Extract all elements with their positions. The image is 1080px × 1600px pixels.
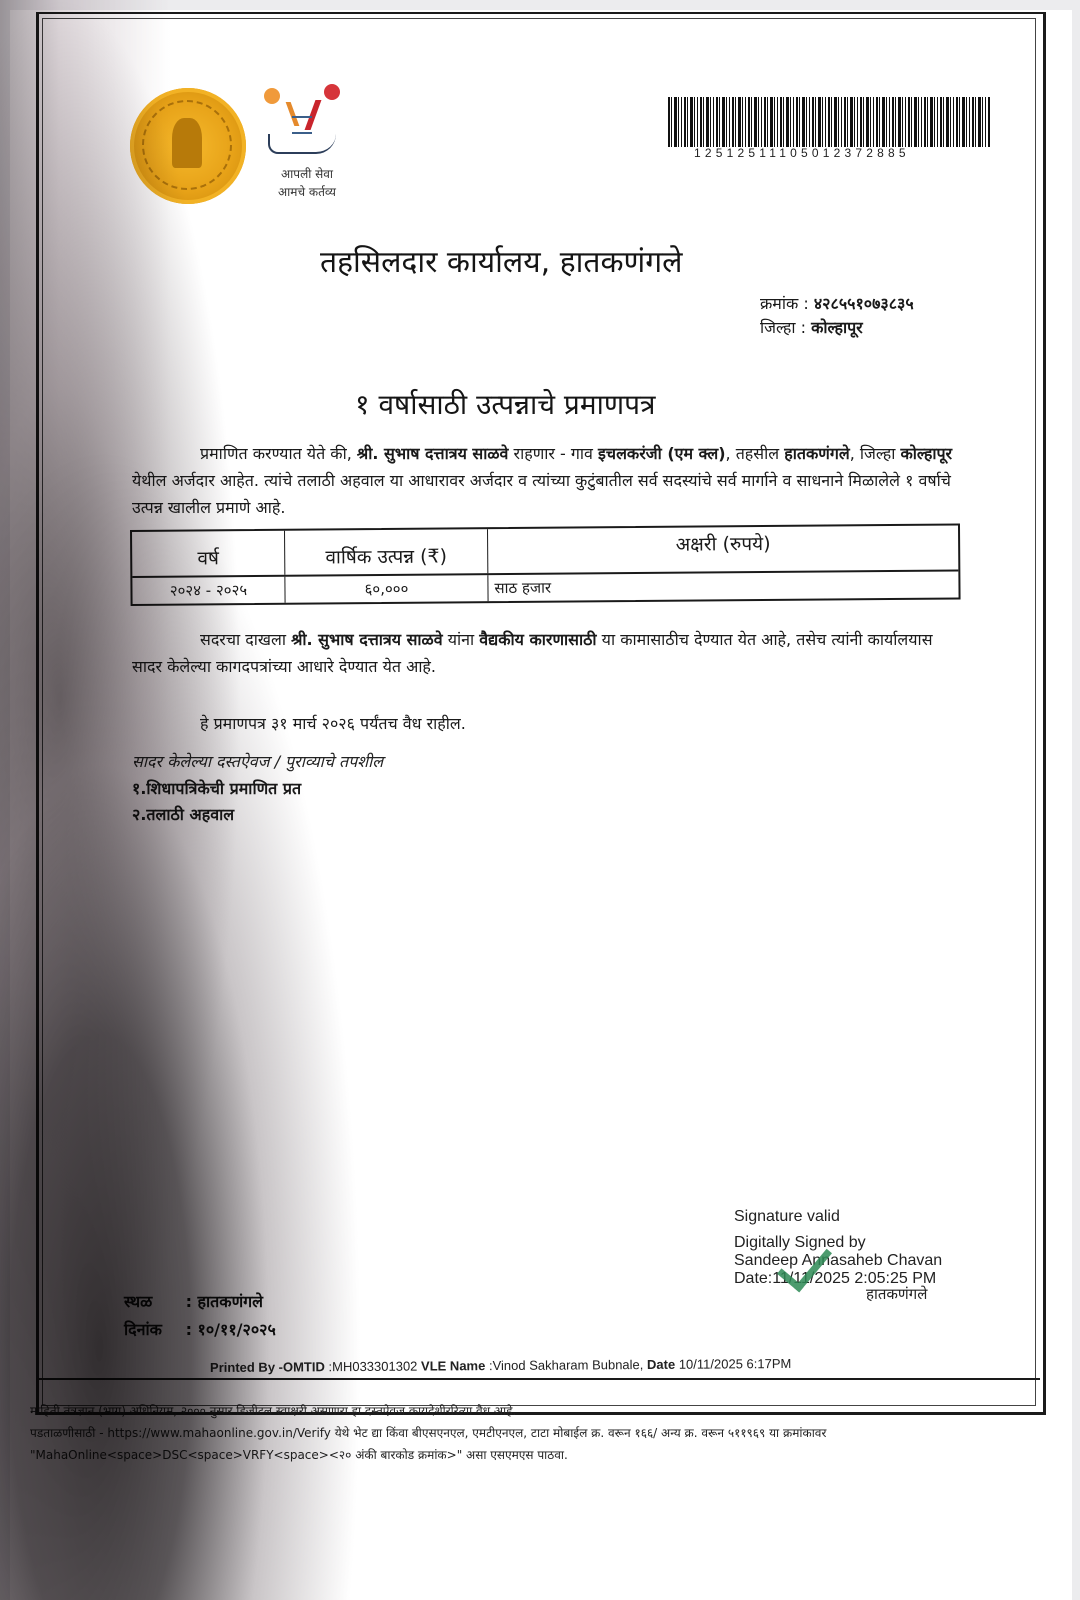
list-item: २.तलाठी अहवाल [132, 802, 301, 828]
table-header-row: वर्ष वार्षिक उत्पन्न (₹) अक्षरी (रुपये) [132, 525, 958, 575]
header-annual-income: वार्षिक उत्पन्न (₹) [285, 529, 488, 575]
tahsil: हातकणंगले [784, 444, 849, 463]
seva-tagline-line1: आपली सेवा [262, 165, 352, 183]
purpose-paragraph: सदरचा दाखला श्री. सुभाष दत्तात्रय साळवे … [132, 626, 962, 680]
printed-by-label: Printed By -OMTID [210, 1359, 325, 1375]
validity-statement: हे प्रमाणपत्र ३१ मार्च २०२६ पर्यंतच वैध … [200, 710, 1030, 737]
print-date-label: Date [647, 1357, 675, 1372]
text: येथील अर्जदार आहेत. त्यांचे तलाठी अहवाल … [132, 471, 951, 517]
documents-list: १.शिधापत्रिकेची प्रमाणित प्रत २.तलाठी अह… [132, 776, 301, 828]
footer-line3: "MahaOnline<space>DSC<space>VRFY<space><… [30, 1444, 1050, 1466]
signature-status: Signature valid [734, 1208, 942, 1226]
income-table: वर्ष वार्षिक उत्पन्न (₹) अक्षरी (रुपये) … [130, 523, 961, 606]
village: इचलकरंजी (एम क्ल) [598, 444, 725, 463]
header-in-words: अक्षरी (रुपये) [488, 525, 958, 573]
text: यांना [443, 630, 480, 649]
place-label: स्थळ [124, 1288, 180, 1316]
applicant-name: श्री. सुभाष दत्तात्रय साळवे [357, 444, 509, 463]
text: सदरचा दाखला [200, 630, 291, 649]
verification-footer: माहिती तंत्रज्ञान (भाग) अधिनियम, २००० नु… [30, 1400, 1050, 1466]
seva-tagline: आपली सेवा आमचे कर्तव्य [262, 165, 352, 201]
serial-label: क्रमांक : [760, 294, 809, 313]
cell-annual-income: ६०,००० [285, 575, 488, 603]
maharashtra-emblem-icon [130, 88, 246, 204]
place-date-block: स्थळ : हातकणंगले दिनांक : १०/११/२०२५ [124, 1288, 276, 1344]
certification-paragraph: प्रमाणित करण्यात येते की, श्री. सुभाष दत… [132, 440, 962, 521]
seva-tagline-line2: आमचे कर्तव्य [262, 183, 352, 201]
serial-value: ४२८५५१०७३८३५ [814, 294, 914, 313]
text: राहणार - गाव [508, 444, 598, 463]
district: कोल्हापूर [901, 444, 953, 463]
signature-signer: Sandeep Annasaheb Chavan [734, 1252, 942, 1270]
vle-value: :Vinod Sakharam Bubnale, [489, 1357, 644, 1373]
digital-signature-block: Signature valid Digitally Signed by Sand… [734, 1208, 942, 1288]
text: , जिल्हा [850, 444, 901, 463]
certificate-title: १ वर्षासाठी उत्पन्नाचे प्रमाणपत्र [355, 385, 655, 423]
district-label: जिल्हा : [760, 318, 806, 337]
header-year: वर्ष [132, 531, 285, 576]
vle-label: VLE Name [421, 1358, 485, 1373]
cell-in-words: साठ हजार [488, 571, 958, 601]
place-value: हातकणंगले [198, 1292, 263, 1311]
barcode [668, 97, 990, 147]
footer-divider [36, 1378, 1040, 1380]
cell-year: २०२४ - २०२५ [132, 577, 285, 604]
signature-line1: Digitally Signed by [734, 1234, 942, 1252]
list-item: १.शिधापत्रिकेची प्रमाणित प्रत [132, 776, 301, 802]
footer-line2: पडताळणीसाठी - https://www.mahaonline.gov… [30, 1422, 1050, 1444]
office-title: तहसिलदार कार्यालय, हातकणंगले [320, 240, 682, 281]
print-date-value: 10/11/2025 6:17PM [679, 1356, 792, 1372]
omtid-value: :MH033301302 [328, 1359, 417, 1375]
date-value: १०/११/२०२५ [198, 1320, 276, 1339]
applicant-name: श्री. सुभाष दत्तात्रय साळवे [291, 630, 443, 649]
text: , तहसील [726, 444, 785, 463]
district-value: कोल्हापूर [811, 318, 863, 337]
footer-line1: माहिती तंत्रज्ञान (भाग) अधिनियम, २००० नु… [30, 1400, 1050, 1422]
documents-title: सादर केलेल्या दस्तऐवज / पुराव्याचे तपशील [132, 750, 383, 772]
purpose: वैद्यकीय कारणासाठी [479, 630, 596, 649]
barcode-number: 1251251110501237288​5 [694, 146, 910, 160]
office-meta: क्रमांक : ४२८५५१०७३८३५ जिल्हा : कोल्हापू… [760, 292, 914, 340]
signatory-place: हातकणंगले [866, 1284, 927, 1304]
date-label: दिनांक [124, 1316, 180, 1344]
text: प्रमाणित करण्यात येते की, [200, 444, 357, 463]
